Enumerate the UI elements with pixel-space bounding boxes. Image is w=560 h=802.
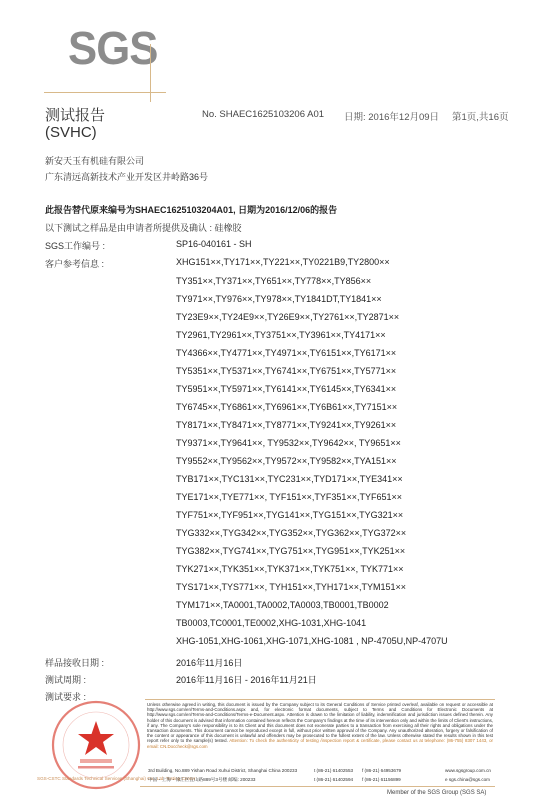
report-number: No. SHAEC1625103206 A01 [202,109,324,120]
replacement-note: 此报告替代原来编号为SHAEC1625103204A01, 日期为2016/12… [45,203,337,216]
client-ref-line: TYG332××,TYG342××,TYG352××,TYG362××,TYG3… [176,528,406,538]
sgs-job-no-value: SP16-040161 - SH [176,239,252,249]
fax-2: f (86-21) 61156899 [362,777,401,782]
address-english: 3rd Building, No.889 Yishan Road Xuhui D… [148,768,297,773]
footer-top-rule [145,699,495,700]
received-date-value: 2016年11月16日 [176,656,242,669]
logo-text: SGS [68,18,157,78]
test-period-value: 2016年11月16日 - 2016年11月21日 [176,673,317,686]
client-ref-line: TYS171××,TYS771××, TYH151××,TYH171××,TYM… [176,582,406,592]
client-ref-line: TYG382××,TYG741××,TYG751××,TYG951××,TYK2… [176,546,405,556]
email-link[interactable]: e sgs.china@sgs.com [445,777,490,782]
website-link[interactable]: www.sgsgroup.com.cn [445,768,491,773]
client-ref-line: XHG-1051,XHG-1061,XHG-1071,XHG-1081 , NP… [176,636,448,646]
client-ref-line: TYB171××,TYC131××,TYC231××,TYD171××,TYE3… [176,474,403,484]
report-date: 日期: 2016年12月09日 [344,109,439,123]
client-ref-line: TY6745××,TY6861××,TY6961××,TY6B61××,TY71… [176,402,397,412]
client-name: 新安天玉有机硅有限公司 [45,154,144,167]
client-ref-line: TY23E9××,TY24E9××,TY26E9××,TY2761××,TY28… [176,312,399,322]
report-title: 测试报告 [45,104,105,125]
client-ref-line: TYF751××,TYF951××,TYG141××,TYG151××,TYG3… [176,510,403,520]
logo-accent-vline [150,44,151,102]
client-ref-label: 客户参考信息 : [45,257,104,270]
client-ref-line: TY9552××,TY9562××,TY9572××,TY9582××,TYA1… [176,456,397,466]
client-ref-line: TY8171××,TY8471××,TY8771××,TY9241××,TY92… [176,420,396,430]
client-ref-line: TY9371××,TY9641××, TY9532××,TY9642××, TY… [176,438,401,448]
fax-1: f (86-21) 64953679 [362,768,401,773]
client-ref-line: TYM171××,TA0001,TA0002,TA0003,TB0001,TB0… [176,600,389,610]
received-date-label: 样品接收日期 : [45,656,104,669]
client-ref-line: TY971××,TY976××,TY978××,TY1841DT,TY1841×… [176,294,382,304]
sample-note: 以下测试之样品是由申请者所提供及确认 : 硅橡胶 [45,221,242,234]
sgs-logo: SGS [44,18,168,78]
client-ref-line: TY2961,TY2961××,TY3751××,TY3961××,TY4171… [176,330,386,340]
telephone-2: t (86-21) 61402594 [314,777,353,782]
client-ref-line: TYK271××,TYK351××,TYK371××,TYK751××, TYK… [176,564,404,574]
telephone-1: t (86-21) 61402553 [314,768,353,773]
report-subtitle: (SVHC) [45,124,97,141]
address-chinese: 中国・上海・徐汇区宜山路889号3号楼 邮编: 200233 [148,777,255,783]
client-ref-line: TYE171××,TYE771××, TYF151××,TYF351××,TYF… [176,492,402,502]
client-address: 广东清远高新技术产业开发区井岭路36号 [45,170,208,183]
client-ref-line: TY5951××,TY5971××,TY6141××,TY6145××,TY63… [176,384,396,394]
client-ref-line: XHG151××,TY171××,TY221××,TY0221B9,TY2800… [176,257,390,267]
logo-accent-line [44,92,166,93]
disclaimer-body: Unless otherwise agreed in writing, this… [147,702,493,743]
client-ref-line: TB0003,TC0001,TE0002,XHG-1031,XHG-1041 [176,618,366,628]
disclaimer-text: Unless otherwise agreed in writing, this… [147,702,493,749]
client-ref-line: TY351××,TY371××,TY651××,TY778××,TY856×× [176,276,371,286]
page-indicator: 第1页,共16页 [452,109,509,123]
sgs-job-no-label: SGS工作编号 : [45,239,105,252]
footer-bottom-rule [140,786,495,787]
test-period-label: 测试周期 : [45,673,86,686]
client-ref-line: TY4366××,TY4771××,TY4971××,TY6151××,TY61… [176,348,396,358]
member-note: Member of the SGS Group (SGS SA) [387,790,486,796]
client-ref-line: TY5351××,TY5371××,TY6741××,TY6751××,TY57… [176,366,396,376]
